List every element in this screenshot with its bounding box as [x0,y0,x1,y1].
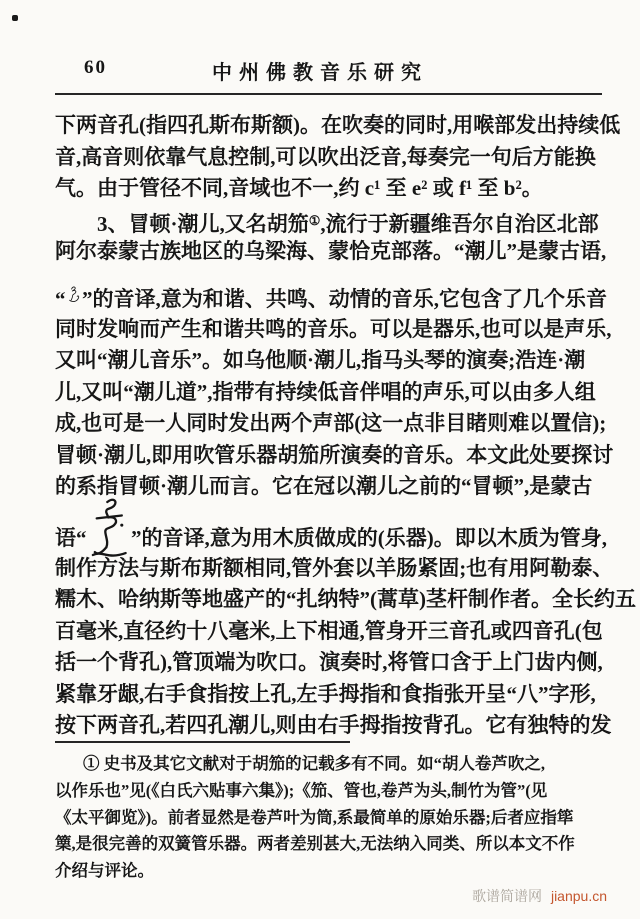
footnote-separator-rule [55,741,350,743]
text-line: 下两音孔(指四孔斯布斯额)。在吹奏的同时,用喉部发出持续低 [55,110,607,142]
text-segment: ,流行于新疆维吾尔自治区北部 [320,212,598,236]
mongolian-script-glyph-modon [89,495,130,561]
text-line: 又叫“潮儿音乐”。如乌他顺·潮儿,指马头琴的演奏;浩连·潮 [55,345,607,377]
text-segment: “ [55,284,66,314]
text-line: 气。由于管径不同,音域也不一,约 c¹ 至 e² 或 f¹ 至 b²。 [55,173,607,205]
header-rule [55,93,602,95]
footnote-block: ① 史书及其它文献对于胡笳的记载多有不同。如“胡人卷芦吹之, 以作乐也”见(《白… [55,751,611,885]
text-line: 百毫米,直径约十八毫米,上下相通,管身开三音孔或四音孔(包 [55,616,607,648]
footnote-line: 介绍与评论。 [55,858,611,885]
running-header-title: 中州佛教音乐研究 [0,56,640,85]
body-text-block: 下两音孔(指四孔斯布斯额)。在吹奏的同时,用喉部发出持续低 音,高音则依靠气息控… [55,110,607,742]
mongolian-script-glyph-chor [68,268,81,320]
text-line-with-mongolian-script: “ ”的音译,意为和谐、共鸣、动情的音乐,它包含了几个乐音 [55,268,607,314]
text-line: 的系指冒顿·潮儿而言。它在冠以潮儿之前的“冒顿”,是蒙古 [55,471,607,503]
text-line: 儿,又叫“潮儿道”,指带有持续低音伴唱的声乐,可以由多人组 [55,377,607,409]
text-line: 按下两音孔,若四孔潮儿,则由右手拇指按背孔。它有独特的发 [55,710,607,742]
text-segment: ”的音译,意为用木质做成的(乐器)。即以木质为管身, [131,523,607,553]
text-line-with-mongolian-script: 语“ ”的音译,意为用木质做成的(乐器)。即以木质为管身, [55,503,607,553]
text-line: 同时发响而产生和谐共鸣的音乐。可以是器乐,也可以是声乐, [55,314,607,346]
text-line: 音,高音则依靠气息控制,可以吹出泛音,每奏完一句后方能换 [55,142,607,174]
text-line: 制作方法与斯布斯额相同,管外套以羊肠紧固;也有用阿勒泰、 [55,553,607,585]
text-line: 冒顿·潮儿,即用吹管乐器胡笳所演奏的音乐。本文此处要探讨 [55,440,607,472]
text-line: 括一个背孔),管顶端为吹口。演奏时,将管口含于上门齿内侧, [55,647,607,679]
text-segment: ”的音译,意为和谐、共鸣、动情的音乐,它包含了几个乐音 [82,284,607,314]
footnote-line: 以作乐也”见(《白氏六贴事六集》);《笳、管也,卷芦为头,制竹为管”(见 [55,778,611,805]
text-line: 紧靠牙龈,右手食指按上孔,左手拇指和食指张开呈“八”字形, [55,679,607,711]
footnote-line: 《太平御览》)。前者显然是卷芦叶为筒,系最简单的原始乐器;后者应指筚 [55,805,611,832]
watermark: 歌谱简谱网 jianpu.cn [472,886,607,906]
text-segment: 语“ [55,523,87,553]
watermark-site-name: 歌谱简谱网 [472,888,542,904]
text-line: 糯木、哈纳斯等地盛产的“扎纳特”(蒿草)茎杆制作者。全长约五 [55,584,607,616]
footnote-line: ① 史书及其它文献对于胡笳的记载多有不同。如“胡人卷芦吹之, [55,751,611,778]
footnote-reference-marker: ① [309,213,321,228]
text-line-with-footnote-ref: 3、冒顿·潮儿,又名胡笳①,流行于新疆维吾尔自治区北部 [55,205,607,237]
watermark-site-url: jianpu.cn [551,888,607,904]
text-segment: 3、冒顿·潮儿,又名胡笳 [97,212,309,236]
text-line: 阿尔泰蒙古族地区的乌梁海、蒙恰克部落。“潮儿”是蒙古语, [55,236,607,268]
scanned-book-page: 60 中州佛教音乐研究 下两音孔(指四孔斯布斯额)。在吹奏的同时,用喉部发出持续… [0,0,640,919]
text-line: 成,也可是一人同时发出两个声部(这一点非目睹则难以置信); [55,408,607,440]
footnote-line: 篥,是很完善的双簧管乐器。两者差别甚大,无法纳入同类、所以本文不作 [55,831,611,858]
scan-ink-speck [12,15,18,21]
